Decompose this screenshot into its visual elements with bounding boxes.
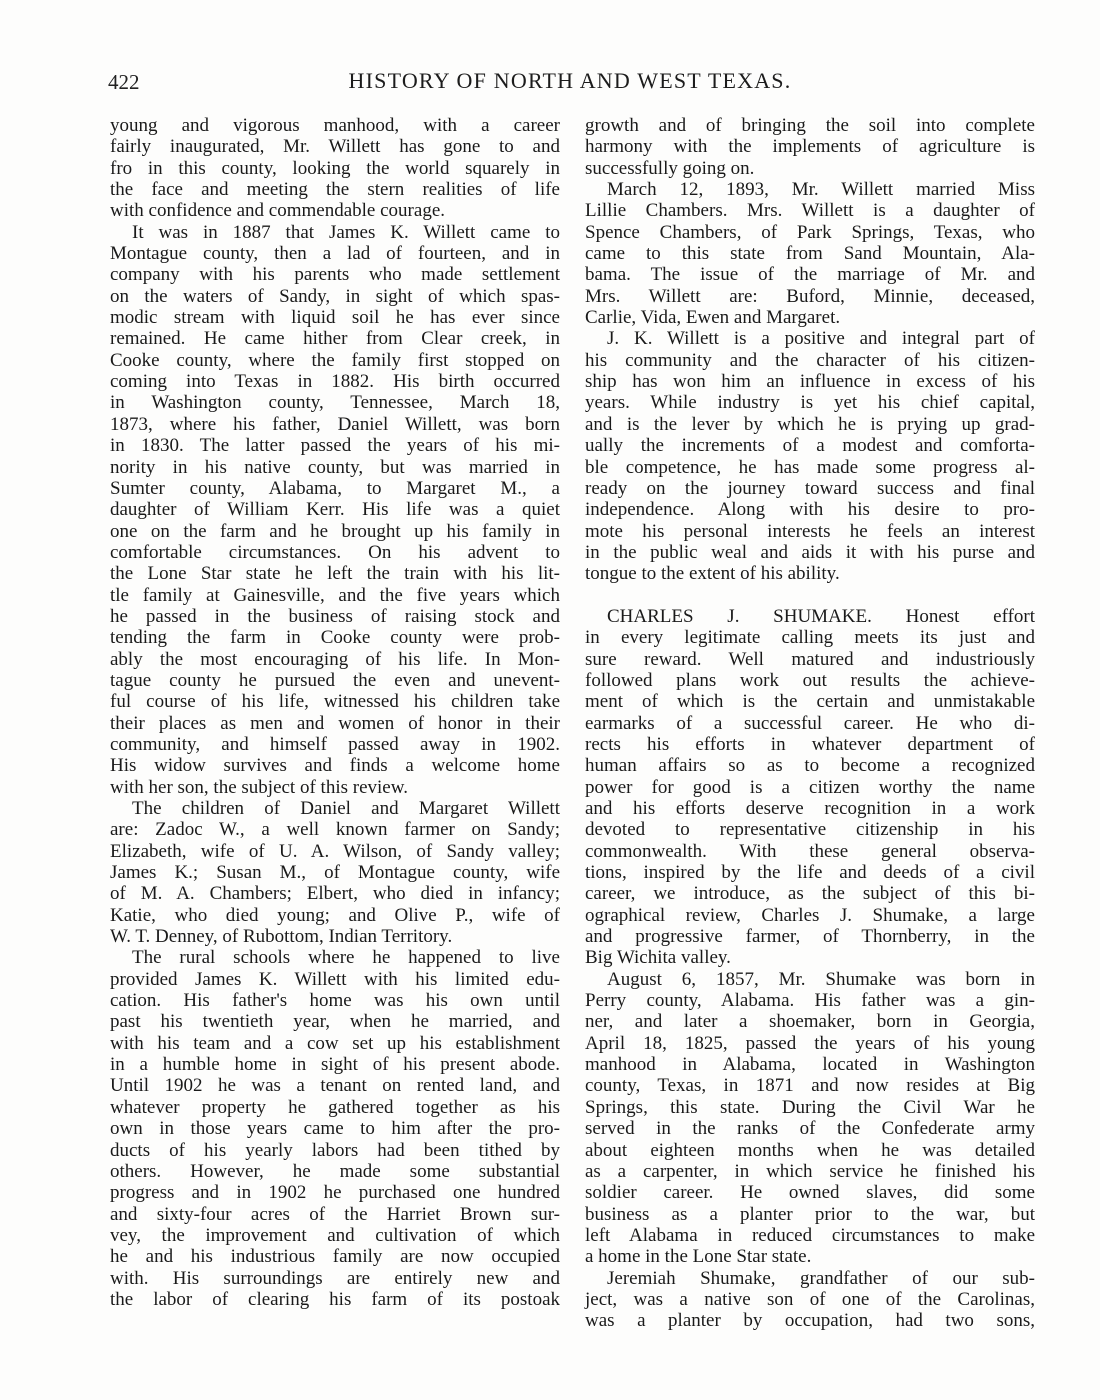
text-line: was a planter by occupation, had two son… — [585, 1310, 1035, 1331]
text-line: manhood in Alabama, located in Washingto… — [585, 1054, 1035, 1075]
text-line: ment of which is the certain and unmista… — [585, 691, 1035, 712]
text-line: ner, and later a shoemaker, born in Geor… — [585, 1011, 1035, 1032]
text-line: Elizabeth, wife of U. A. Wilson, of Sand… — [110, 841, 560, 862]
text-line: on the waters of Sandy, in sight of whic… — [110, 286, 560, 307]
text-line: Montague county, then a lad of fourteen,… — [110, 243, 560, 264]
text-line: tague county he pursued the even and une… — [110, 670, 560, 691]
text-line: coming into Texas in 1882. His birth occ… — [110, 371, 560, 392]
text-line: company with his parents who made settle… — [110, 264, 560, 285]
text-line: ographical review, Charles J. Shumake, a… — [585, 905, 1035, 926]
text-line: earmarks of a successful career. He who … — [585, 713, 1035, 734]
text-line: It was in 1887 that James K. Willett cam… — [110, 222, 560, 243]
text-line: Katie, who died young; and Olive P., wif… — [110, 905, 560, 926]
text-line: served in the ranks of the Confederate a… — [585, 1118, 1035, 1139]
text-line: young and vigorous manhood, with a caree… — [110, 115, 560, 136]
text-line: Lillie Chambers. Mrs. Willett is a daugh… — [585, 200, 1035, 221]
text-line: the face and meeting the stern realities… — [110, 179, 560, 200]
text-line: human affairs so as to become a recogniz… — [585, 755, 1035, 776]
text-line: career, we introduce, as the subject of … — [585, 883, 1035, 904]
text-line: ually the increments of a modest and com… — [585, 435, 1035, 456]
text-line: CHARLES J. SHUMAKE. Honest effort — [585, 606, 1035, 627]
text-line: he and his industrious family are now oc… — [110, 1246, 560, 1267]
text-line: in every legitimate calling meets its ju… — [585, 627, 1035, 648]
text-line: years. While industry is yet his chief c… — [585, 392, 1035, 413]
text-line: remained. He came hither from Clear cree… — [110, 328, 560, 349]
text-line: nority in his native county, but was mar… — [110, 457, 560, 478]
text-line: in a humble home in sight of his present… — [110, 1054, 560, 1075]
paragraph-spacer — [585, 585, 1035, 606]
text-line: 1873, where his father, Daniel Willett, … — [110, 414, 560, 435]
text-line: Perry county, Alabama. His father was a … — [585, 990, 1035, 1011]
text-line: August 6, 1857, Mr. Shumake was born in — [585, 969, 1035, 990]
text-line: power for good is a citizen worthy the n… — [585, 777, 1035, 798]
text-line: are: Zadoc W., a well known farmer on Sa… — [110, 819, 560, 840]
text-line: W. T. Denney, of Rubottom, Indian Territ… — [110, 926, 560, 947]
text-line: vey, the improvement and cultivation of … — [110, 1225, 560, 1246]
text-line: comfortable circumstances. On his advent… — [110, 542, 560, 563]
text-line: fairly inaugurated, Mr. Willett has gone… — [110, 136, 560, 157]
text-line: soldier career. He owned slaves, did som… — [585, 1182, 1035, 1203]
text-line: with her son, the subject of this review… — [110, 777, 560, 798]
book-page: 422 HISTORY OF NORTH AND WEST TEXAS. you… — [0, 0, 1100, 1400]
text-line: daughter of William Kerr. His life was a… — [110, 499, 560, 520]
text-line: in the public weal and aids it with his … — [585, 542, 1035, 563]
text-line: and his efforts deserve recognition in a… — [585, 798, 1035, 819]
text-line: His widow survives and finds a welcome h… — [110, 755, 560, 776]
text-line: mote his personal interests he feels an … — [585, 521, 1035, 542]
text-line: James K.; Susan M., of Montague county, … — [110, 862, 560, 883]
text-line: devoted to representative citizenship in… — [585, 819, 1035, 840]
text-line: successfully going on. — [585, 158, 1035, 179]
text-line: their places as men and women of honor i… — [110, 713, 560, 734]
text-line: sure reward. Well matured and industriou… — [585, 649, 1035, 670]
text-line: independence. Along with his desire to p… — [585, 499, 1035, 520]
text-line: ject, was a native son of one of the Car… — [585, 1289, 1035, 1310]
text-line: and is the lever by which he is prying u… — [585, 414, 1035, 435]
text-line: the Lone Star state he left the train wi… — [110, 563, 560, 584]
text-line: one on the farm and he brought up his fa… — [110, 521, 560, 542]
text-line: rects his efforts in whatever department… — [585, 734, 1035, 755]
text-line: his community and the character of his c… — [585, 350, 1035, 371]
running-title: HISTORY OF NORTH AND WEST TEXAS. — [0, 68, 1100, 94]
text-line: ship has won him an influence in excess … — [585, 371, 1035, 392]
text-line: Until 1902 he was a tenant on rented lan… — [110, 1075, 560, 1096]
text-line: business as a planter prior to the war, … — [585, 1204, 1035, 1225]
text-line: he passed in the business of raising sto… — [110, 606, 560, 627]
text-line: county, Texas, in 1871 and now resides a… — [585, 1075, 1035, 1096]
text-line: Springs, this state. During the Civil Wa… — [585, 1097, 1035, 1118]
text-line: March 12, 1893, Mr. Willett married Miss — [585, 179, 1035, 200]
text-line: modic stream with liquid soil he has eve… — [110, 307, 560, 328]
text-line: April 18, 1825, passed the years of his … — [585, 1033, 1035, 1054]
text-line: ducts of his yearly labors had been tith… — [110, 1140, 560, 1161]
text-line: as a carpenter, in which service he fini… — [585, 1161, 1035, 1182]
text-line: progress and in 1902 he purchased one hu… — [110, 1182, 560, 1203]
text-line: Sumter county, Alabama, to Margaret M., … — [110, 478, 560, 499]
text-line: the labor of clearing his farm of its po… — [110, 1289, 560, 1310]
text-line: bama. The issue of the marriage of Mr. a… — [585, 264, 1035, 285]
text-line: community, and himself passed away in 19… — [110, 734, 560, 755]
text-line: tending the farm in Cooke county were pr… — [110, 627, 560, 648]
text-line: ful course of his life, witnessed his ch… — [110, 691, 560, 712]
text-line: of M. A. Chambers; Elbert, who died in i… — [110, 883, 560, 904]
text-line: in 1830. The latter passed the years of … — [110, 435, 560, 456]
text-line: commonwealth. With these general observa… — [585, 841, 1035, 862]
text-line: in Washington county, Tennessee, March 1… — [110, 392, 560, 413]
text-line: tle family at Gainesville, and the five … — [110, 585, 560, 606]
text-line: tions, inspired by the life and deeds of… — [585, 862, 1035, 883]
text-line: J. K. Willett is a positive and integral… — [585, 328, 1035, 349]
text-line: cation. His father's home was his own un… — [110, 990, 560, 1011]
text-line: own in those years came to him after the… — [110, 1118, 560, 1139]
text-line: a home in the Lone Star state. — [585, 1246, 1035, 1267]
text-line: followed plans work out results the achi… — [585, 670, 1035, 691]
text-line: others. However, he made some substantia… — [110, 1161, 560, 1182]
text-line: about eighteen months when he was detail… — [585, 1140, 1035, 1161]
text-line: Mrs. Willett are: Buford, Minnie, deceas… — [585, 286, 1035, 307]
text-line: Carlie, Vida, Ewen and Margaret. — [585, 307, 1035, 328]
text-line: fro in this county, looking the world sq… — [110, 158, 560, 179]
text-line: The rural schools where he happened to l… — [110, 947, 560, 968]
text-line: Jeremiah Shumake, grandfather of our sub… — [585, 1268, 1035, 1289]
text-line: tongue to the extent of his ability. — [585, 563, 1035, 584]
text-line: left Alabama in reduced circumstances to… — [585, 1225, 1035, 1246]
text-line: past his twentieth year, when he married… — [110, 1011, 560, 1032]
text-line: came to this state from Sand Mountain, A… — [585, 243, 1035, 264]
text-line: whatever property he gathered together a… — [110, 1097, 560, 1118]
text-line: Cooke county, where the family first sto… — [110, 350, 560, 371]
text-line: and progressive farmer, of Thornberry, i… — [585, 926, 1035, 947]
text-line: harmony with the implements of agricultu… — [585, 136, 1035, 157]
text-line: with. His surroundings are entirely new … — [110, 1268, 560, 1289]
text-line: ready on the journey toward success and … — [585, 478, 1035, 499]
text-line: provided James K. Willett with his limit… — [110, 969, 560, 990]
text-line: ble competence, he has made some progres… — [585, 457, 1035, 478]
left-column: young and vigorous manhood, with a caree… — [110, 115, 560, 1310]
text-line: ably the most encouraging of his life. I… — [110, 649, 560, 670]
right-column: growth and of bringing the soil into com… — [585, 115, 1035, 1332]
text-line: The children of Daniel and Margaret Will… — [110, 798, 560, 819]
text-line: and sixty-four acres of the Harriet Brow… — [110, 1204, 560, 1225]
text-line: Big Wichita valley. — [585, 947, 1035, 968]
text-line: Spence Chambers, of Park Springs, Texas,… — [585, 222, 1035, 243]
text-line: growth and of bringing the soil into com… — [585, 115, 1035, 136]
text-line: with his team and a cow set up his estab… — [110, 1033, 560, 1054]
text-line: with confidence and commendable courage. — [110, 200, 560, 221]
